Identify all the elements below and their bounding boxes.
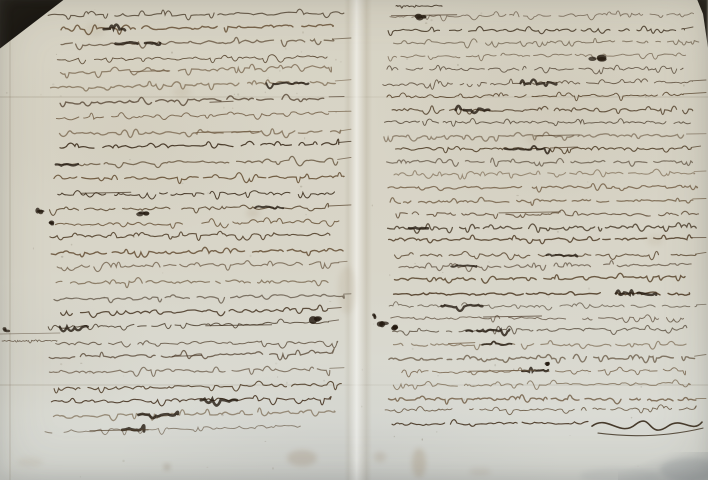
ink-blot-layer: [3, 14, 607, 366]
paper-edge-bottom-right: [618, 452, 708, 480]
handwriting-layer: [0, 0, 708, 480]
signature-flourish: [592, 421, 703, 436]
right-page: [383, 11, 706, 436]
stain-layer: [17, 23, 708, 480]
text-lines-layer: [0, 5, 706, 435]
marginal-note: [0, 333, 60, 343]
left-page: [45, 9, 351, 435]
manuscript-scan: [0, 0, 708, 480]
heading-word: [396, 5, 442, 8]
